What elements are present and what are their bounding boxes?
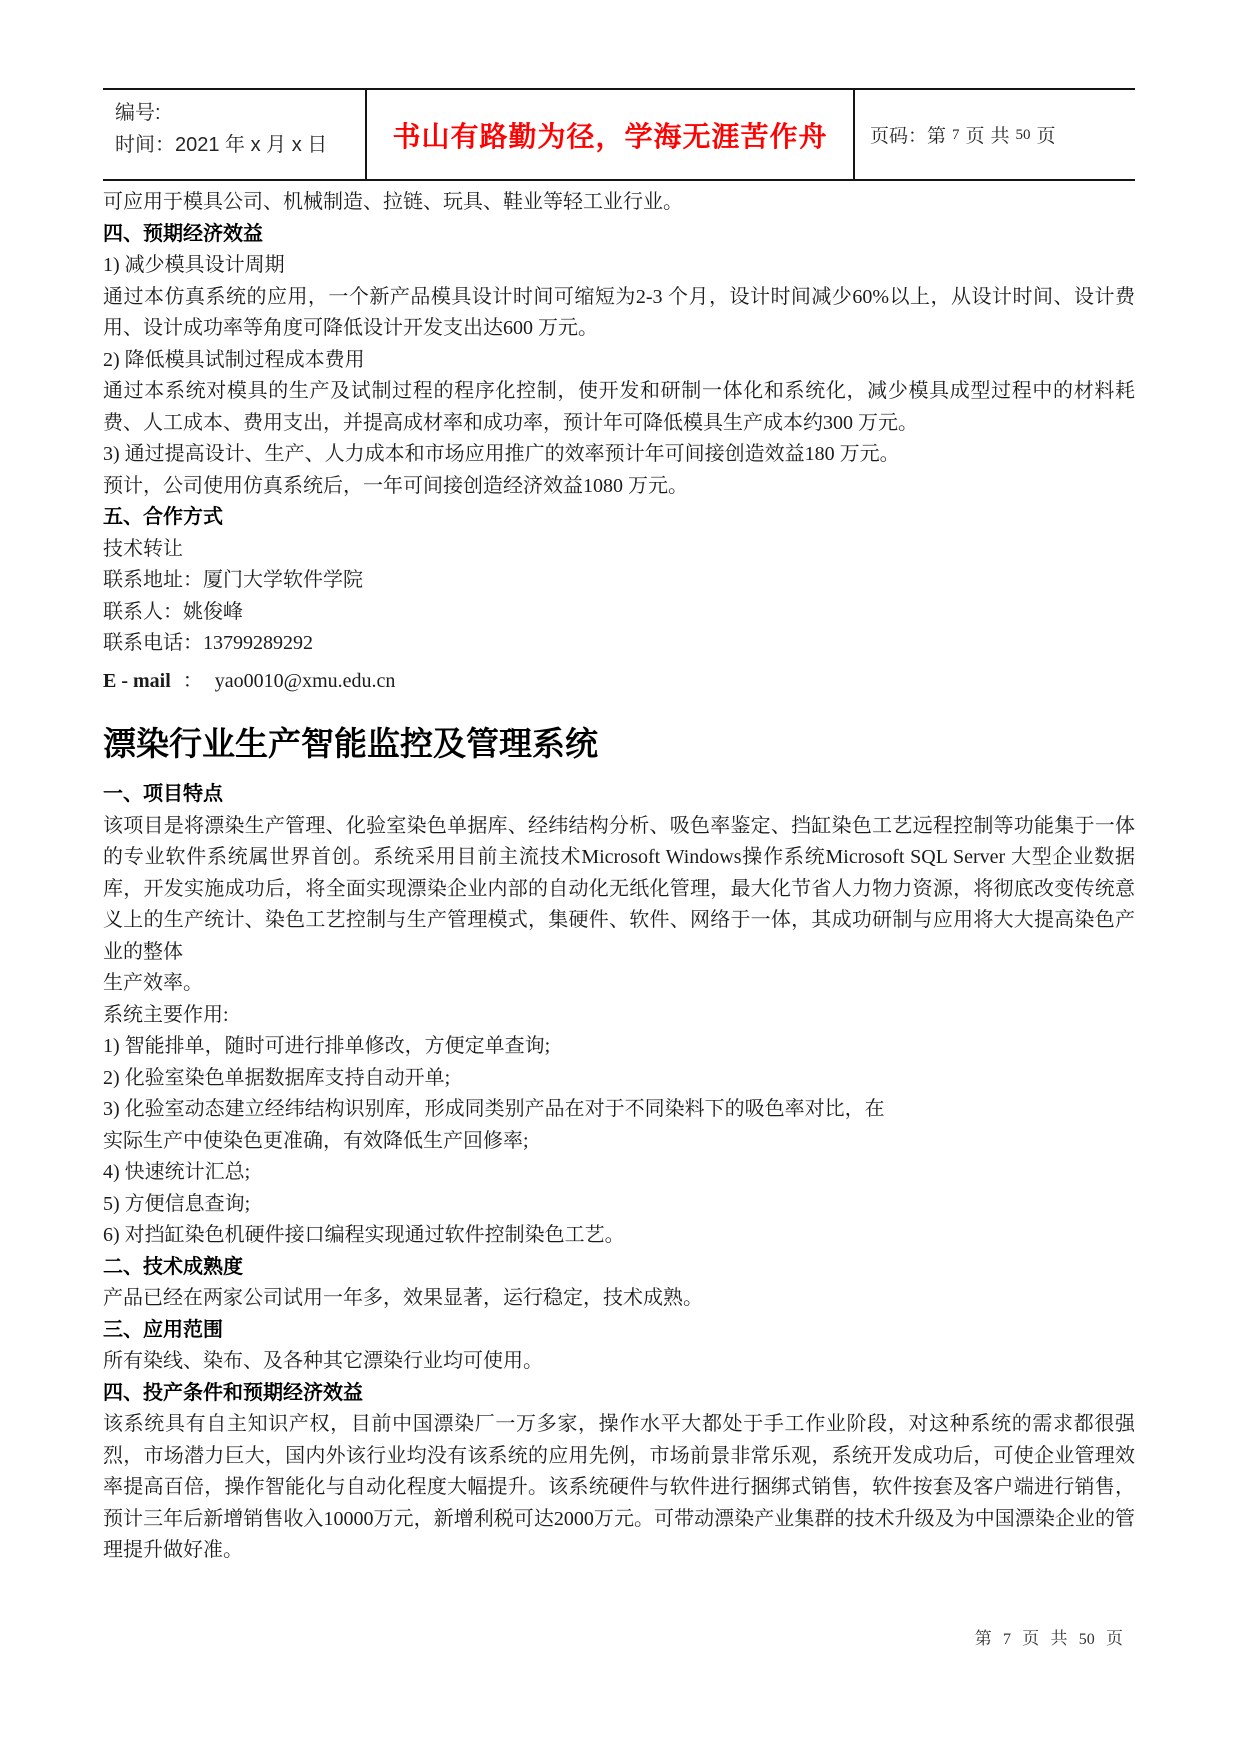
page-footer: 第 7 页 共 50 页 — [975, 1624, 1123, 1649]
list-item: 6) 对挡缸染色机硬件接口编程实现通过软件控制染色工艺。 — [103, 1220, 1135, 1252]
header-page-cell: 页码：第 7 页 共 50 页 — [855, 90, 1135, 179]
header-table: 编号: 时间：2021 年 x 月 x 日 书山有路勤为径，学海无涯苦作舟 页码… — [103, 88, 1135, 181]
paragraph: 所有染线、染布、及各种其它漂染行业均可使用。 — [103, 1346, 1135, 1378]
list-item: 3) 化验室动态建立经纬结构识别库，形成同类别产品在对于不同染料下的吸色率对比，… — [103, 1094, 1135, 1126]
document-body: 可应用于模具公司、机械制造、拉链、玩具、鞋业等轻工业行业。 四、预期经济效益 1… — [103, 187, 1135, 1567]
doc-title: 漂染行业生产智能监控及管理系统 — [103, 721, 1135, 767]
paragraph: 生产效率。 — [103, 968, 1135, 1000]
paragraph: 该系统具有自主知识产权，目前中国漂染厂一万多家，操作水平大都处于手工作业阶段，对… — [103, 1409, 1135, 1567]
list-item: 1) 减少模具设计周期 — [103, 250, 1135, 282]
doc-date-label: 时间：2021 年 x 月 x 日 — [115, 129, 365, 161]
footer-label-mid1: 页 — [1022, 1629, 1039, 1648]
list-item: 3) 通过提高设计、生产、人力成本和市场应用推广的效率预计年可间接创造效益180… — [103, 439, 1135, 471]
section-heading: 一、项目特点 — [103, 779, 1135, 811]
header-motto-cell: 书山有路勤为径，学海无涯苦作舟 — [367, 90, 855, 179]
section-heading: 五、合作方式 — [103, 502, 1135, 534]
paragraph: 实际生产中使染色更准确，有效降低生产回修率; — [103, 1126, 1135, 1158]
footer-label-prefix: 第 — [975, 1629, 992, 1648]
paragraph: 技术转让 — [103, 534, 1135, 566]
list-item: 2) 化验室染色单据数据库支持自动开单; — [103, 1063, 1135, 1095]
footer-label-mid2: 共 — [1051, 1629, 1068, 1648]
list-item: 2) 降低模具试制过程成本费用 — [103, 345, 1135, 377]
list-item: 5) 方便信息查询; — [103, 1189, 1135, 1221]
email-colon: ： — [183, 670, 203, 692]
list-item: 1) 智能排单，随时可进行排单修改，方便定单查询; — [103, 1031, 1135, 1063]
section-heading: 三、应用范围 — [103, 1315, 1135, 1347]
page-label-mid2: 共 — [991, 121, 1010, 148]
document-page: 编号: 时间：2021 年 x 月 x 日 书山有路勤为径，学海无涯苦作舟 页码… — [0, 0, 1241, 1754]
paragraph: 产品已经在两家公司试用一年多，效果显著，运行稳定，技术成熟。 — [103, 1283, 1135, 1315]
footer-label-suffix: 页 — [1106, 1629, 1123, 1648]
page-number-total: 50 — [1016, 127, 1031, 144]
contact-address-line: 联系地址：厦门大学软件学院 — [103, 565, 1135, 597]
paragraph: 通过本仿真系统的应用，一个新产品模具设计时间可缩短为2-3 个月，设计时间减少6… — [103, 282, 1135, 345]
section-heading: 四、投产条件和预期经济效益 — [103, 1378, 1135, 1410]
paragraph: 该项目是将漂染生产管理、化验室染色单据库、经纬结构分析、吸色率鉴定、挡缸染色工艺… — [103, 811, 1135, 969]
footer-page-total: 50 — [1079, 1631, 1095, 1648]
paragraph: 可应用于模具公司、机械制造、拉链、玩具、鞋业等轻工业行业。 — [103, 187, 1135, 219]
email-line: E - mail ： yao0010@xmu.edu.cn — [103, 666, 1135, 698]
email-address: yao0010@xmu.edu.cn — [215, 670, 396, 692]
page-label-mid1: 页 — [966, 121, 985, 148]
page-label-suffix: 页 — [1037, 121, 1056, 148]
motto-text: 书山有路勤为径，学海无涯苦作舟 — [392, 115, 827, 155]
header-meta-cell: 编号: 时间：2021 年 x 月 x 日 — [103, 90, 367, 179]
page-label-prefix: 页码：第 — [870, 121, 946, 148]
paragraph: 预计，公司使用仿真系统后，一年可间接创造经济效益1080 万元。 — [103, 471, 1135, 503]
section-heading: 二、技术成熟度 — [103, 1252, 1135, 1284]
email-label: E - mail — [103, 670, 171, 692]
list-item: 4) 快速统计汇总; — [103, 1157, 1135, 1189]
doc-number-label: 编号: — [115, 97, 365, 129]
page-number-current: 7 — [952, 127, 960, 144]
paragraph: 系统主要作用: — [103, 1000, 1135, 1032]
contact-phone-line: 联系电话：13799289292 — [103, 628, 1135, 660]
section-heading: 四、预期经济效益 — [103, 219, 1135, 251]
paragraph: 通过本系统对模具的生产及试制过程的程序化控制，使开发和研制一体化和系统化，减少模… — [103, 376, 1135, 439]
footer-page-current: 7 — [1003, 1631, 1011, 1648]
contact-person-line: 联系人：姚俊峰 — [103, 597, 1135, 629]
